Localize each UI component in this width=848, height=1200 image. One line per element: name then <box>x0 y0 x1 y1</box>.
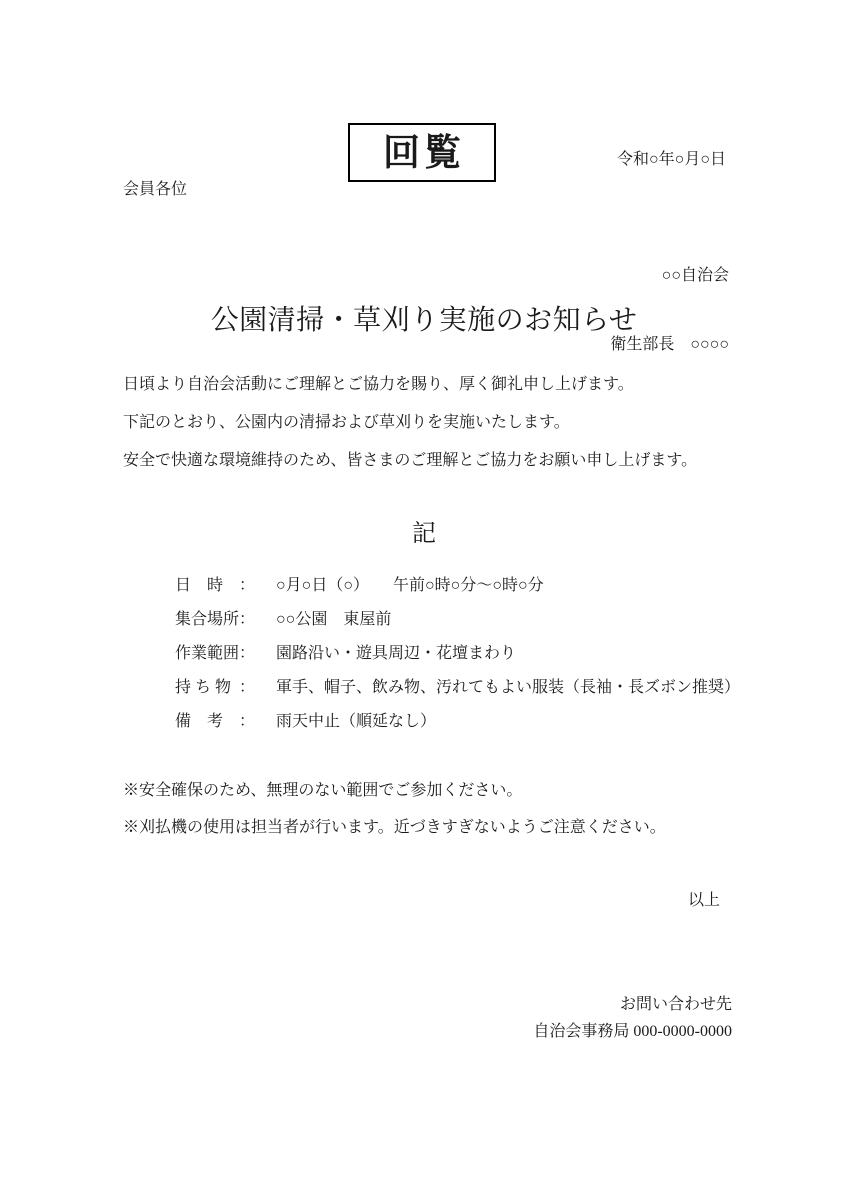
detail-row-datetime: 日 時 ： ○月○日（○） 午前○時○分～○時○分 <box>175 576 740 596</box>
detail-colon: ： <box>239 576 255 596</box>
recipient-line: 会員各位 <box>123 180 187 200</box>
contact-heading: お問い合わせ先 <box>533 991 732 1018</box>
body-text: 日頃より自治会活動にご理解とご協力を賜り、厚く御礼申し上げます。 下記のとおり、… <box>123 375 748 489</box>
detail-label: 作業範囲 <box>175 644 239 664</box>
body-paragraph: 安全で快適な環境維持のため、皆さまのご理解とご協力をお願い申し上げます。 <box>123 451 748 471</box>
document-title: 公園清掃・草刈り実施のお知らせ <box>0 305 848 337</box>
note-line: ※安全確保のため、無理のない範囲でご参加ください。 <box>123 781 666 801</box>
caution-notes: ※安全確保のため、無理のない範囲でご参加ください。 ※刈払機の使用は担当者が行い… <box>123 781 666 855</box>
sender-organization: ○○自治会 <box>610 264 729 287</box>
detail-colon: ： <box>239 678 255 698</box>
detail-value: ○○公園 東屋前 <box>276 610 391 630</box>
detail-label: 備 考 <box>175 712 239 732</box>
detail-row-work-area: 作業範囲 ： 園路沿い・遊具周辺・花壇まわり <box>175 644 740 664</box>
circulation-stamp-box: 回覧 <box>348 123 496 182</box>
detail-colon: ： <box>239 644 255 664</box>
closing-marker: 以上 <box>688 891 720 911</box>
details-list: 日 時 ： ○月○日（○） 午前○時○分～○時○分 集合場所 ： ○○公園 東屋… <box>175 576 740 746</box>
body-paragraph: 下記のとおり、公園内の清掃および草刈りを実施いたします。 <box>123 413 748 433</box>
contact-line: 自治会事務局 000-0000-0000 <box>533 1018 732 1045</box>
circulation-stamp-label: 回覧 <box>379 134 465 171</box>
record-marker: 記 <box>0 520 848 548</box>
detail-value: 園路沿い・遊具周辺・花壇まわり <box>276 644 516 664</box>
detail-row-meeting-place: 集合場所 ： ○○公園 東屋前 <box>175 610 740 630</box>
note-line: ※刈払機の使用は担当者が行います。近づきすぎないようご注意ください。 <box>123 818 666 838</box>
detail-label: 日 時 <box>175 576 239 596</box>
detail-value: 軍手、帽子、飲み物、汚れてもよい服装（長袖・長ズボン推奨） <box>276 678 740 698</box>
body-paragraph: 日頃より自治会活動にご理解とご協力を賜り、厚く御礼申し上げます。 <box>123 375 748 395</box>
detail-value: 雨天中止（順延なし） <box>276 712 436 732</box>
detail-colon: ： <box>239 610 255 630</box>
contact-block: お問い合わせ先 自治会事務局 000-0000-0000 <box>533 991 732 1045</box>
document-date: 令和○年○月○日 <box>617 150 726 170</box>
detail-row-remarks: 備 考 ： 雨天中止（順延なし） <box>175 712 740 732</box>
detail-row-items-to-bring: 持 ち 物 ： 軍手、帽子、飲み物、汚れてもよい服装（長袖・長ズボン推奨） <box>175 678 740 698</box>
detail-label: 持 ち 物 <box>175 678 239 698</box>
notice-page: 回覧 令和○年○月○日 会員各位 ○○自治会 衛生部長 ○○○○ 公園清掃・草刈… <box>0 0 848 1200</box>
detail-colon: ： <box>239 712 255 732</box>
detail-label: 集合場所 <box>175 610 239 630</box>
detail-value: ○月○日（○） 午前○時○分～○時○分 <box>276 576 544 596</box>
